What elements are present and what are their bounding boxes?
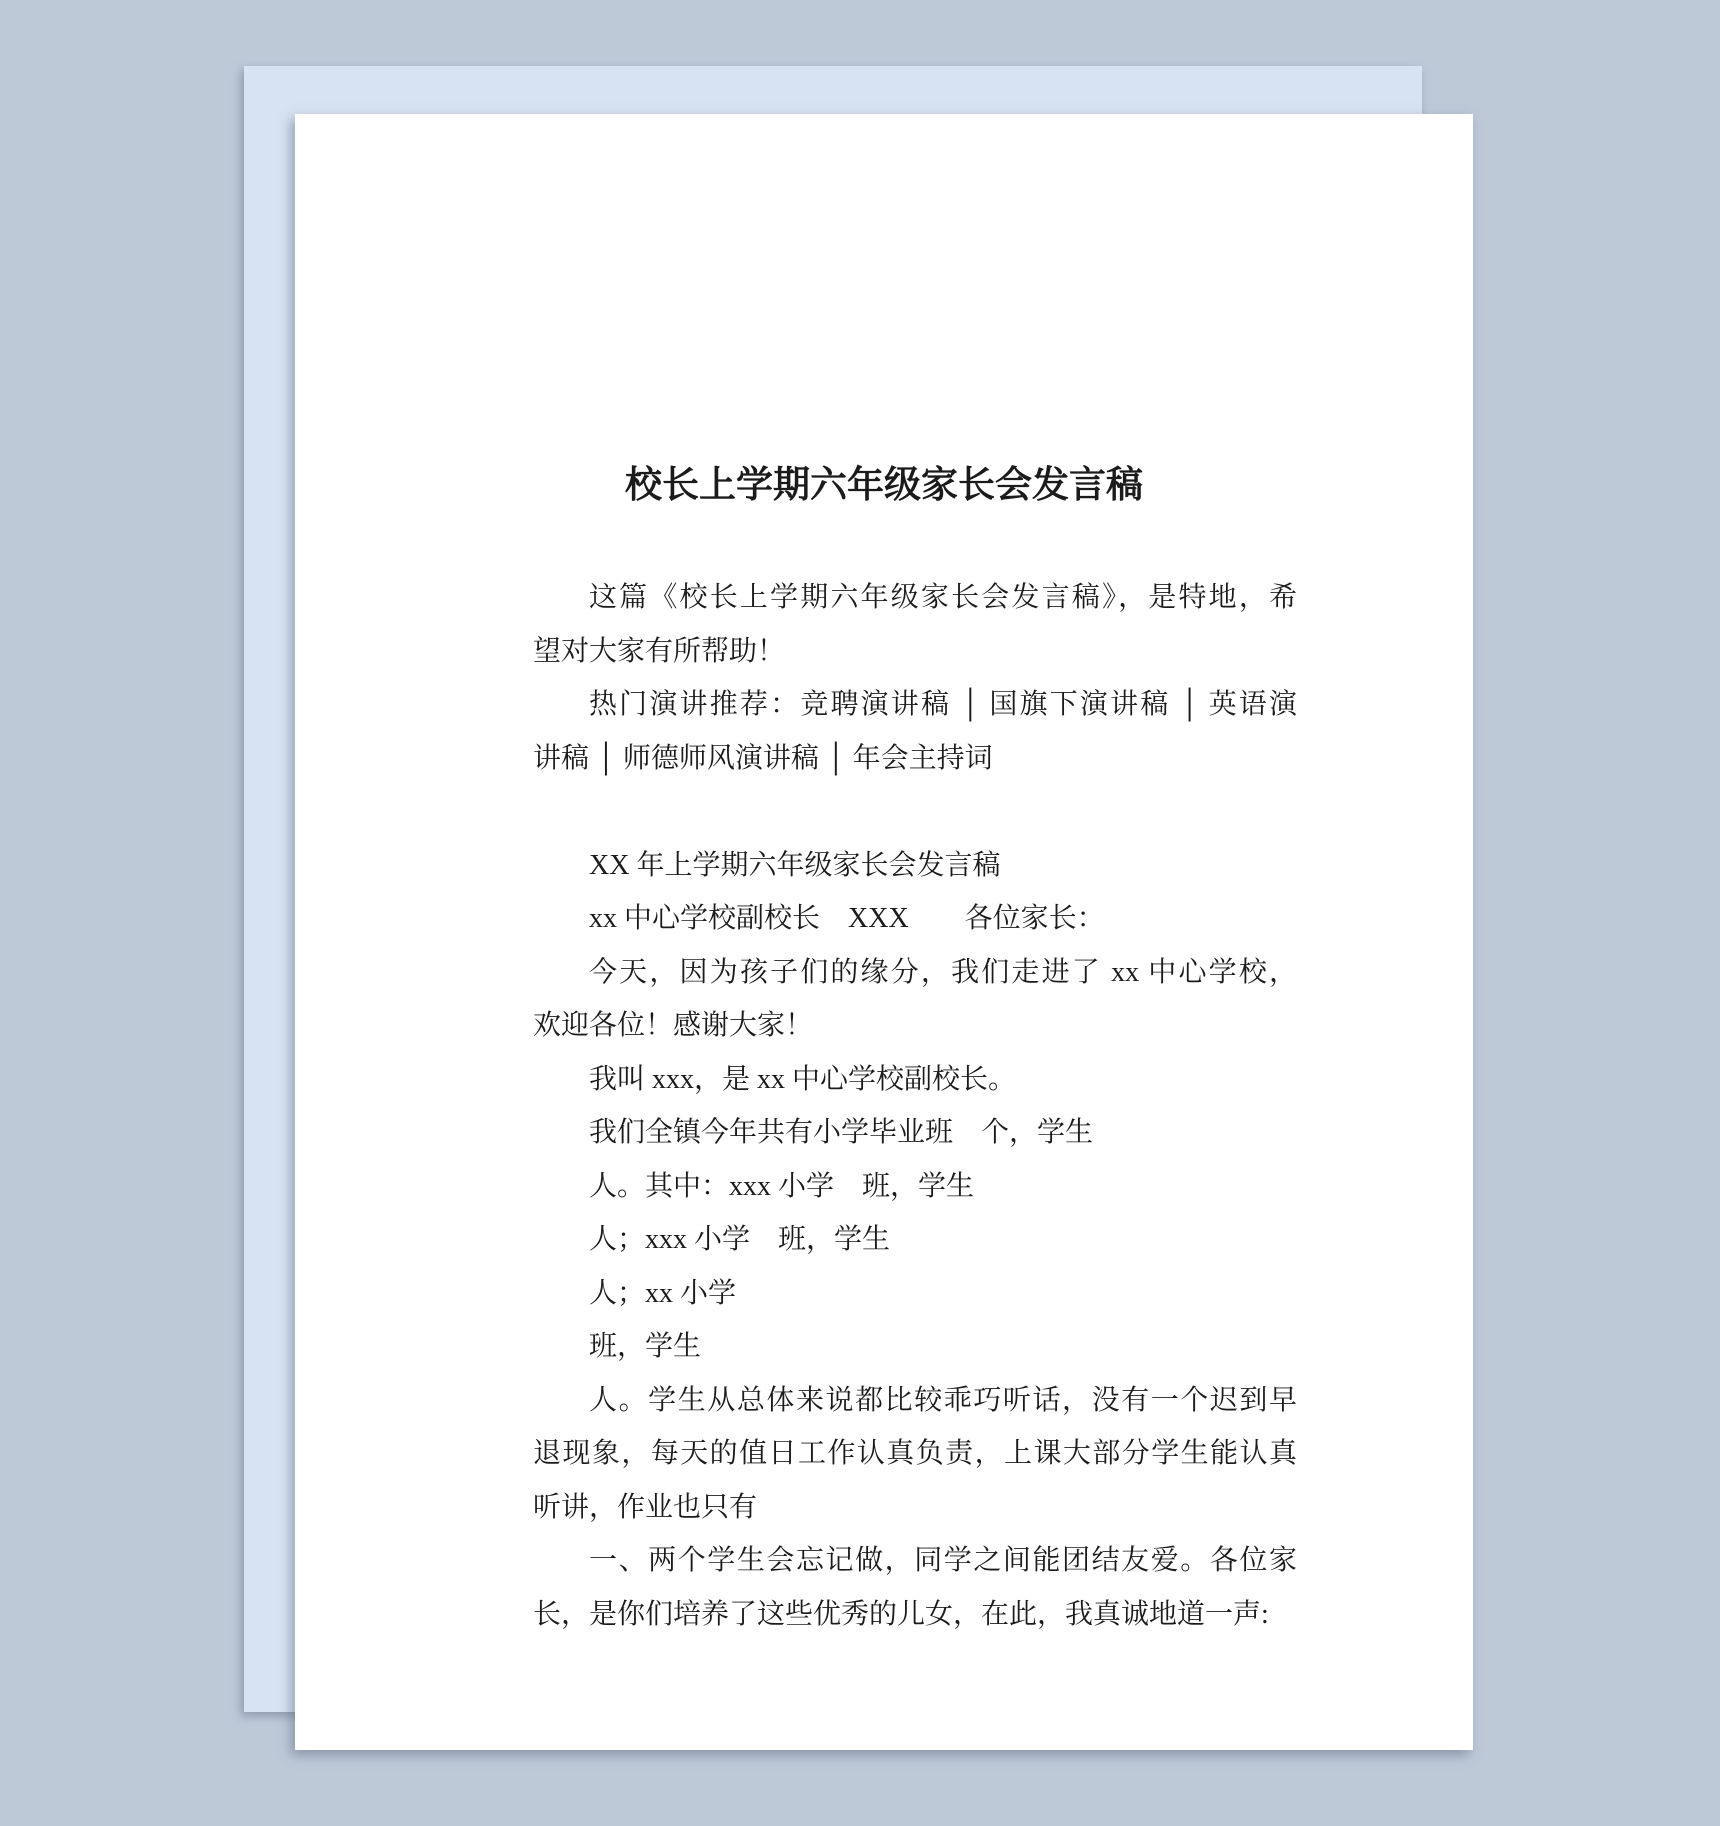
text-line: 长，是你们培养了这些优秀的儿女，在此，我真诚地道一声:	[533, 1588, 1297, 1642]
text-line: 退现象，每天的值日工作认真负责，上课大部分学生能认真	[533, 1427, 1297, 1481]
text-line: 讲稿 │ 师德师风演讲稿 │ 年会主持词	[533, 732, 1297, 786]
text-line: 听讲，作业也只有	[533, 1481, 1297, 1535]
document-title: 校长上学期六年级家长会发言稿	[295, 458, 1473, 514]
text-line: xx 中心学校副校长 XXX 各位家长：	[533, 892, 1297, 946]
text-line: 人；xx 小学	[533, 1267, 1297, 1321]
text-line: 今天，因为孩子们的缘分，我们走进了 xx 中心学校，	[533, 946, 1297, 1000]
text-line: 一、两个学生会忘记做，同学之间能团结友爱。各位家	[533, 1534, 1297, 1588]
blank-line	[533, 785, 1297, 839]
document-page: 校长上学期六年级家长会发言稿 这篇《校长上学期六年级家长会发言稿》，是特地，希望…	[295, 114, 1473, 1750]
text-line: 人。学生从总体来说都比较乖巧听话，没有一个迟到早	[533, 1374, 1297, 1428]
text-line: 我们全镇今年共有小学毕业班 个，学生	[533, 1106, 1297, 1160]
text-line: 欢迎各位！感谢大家！	[533, 999, 1297, 1053]
text-line: 这篇《校长上学期六年级家长会发言稿》，是特地，希	[533, 571, 1297, 625]
document-body: 这篇《校长上学期六年级家长会发言稿》，是特地，希望对大家有所帮助！热门演讲推荐：…	[533, 571, 1297, 1641]
text-line: 班，学生	[533, 1320, 1297, 1374]
text-line: 人；xxx 小学 班，学生	[533, 1213, 1297, 1267]
text-line: 热门演讲推荐：竞聘演讲稿 │ 国旗下演讲稿 │ 英语演	[533, 678, 1297, 732]
text-line: 望对大家有所帮助！	[533, 625, 1297, 679]
text-line: XX 年上学期六年级家长会发言稿	[533, 839, 1297, 893]
desktop-background: 校长上学期六年级家长会发言稿 这篇《校长上学期六年级家长会发言稿》，是特地，希望…	[0, 0, 1720, 1826]
text-line: 人。其中：xxx 小学 班，学生	[533, 1160, 1297, 1214]
text-line: 我叫 xxx，是 xx 中心学校副校长。	[533, 1053, 1297, 1107]
